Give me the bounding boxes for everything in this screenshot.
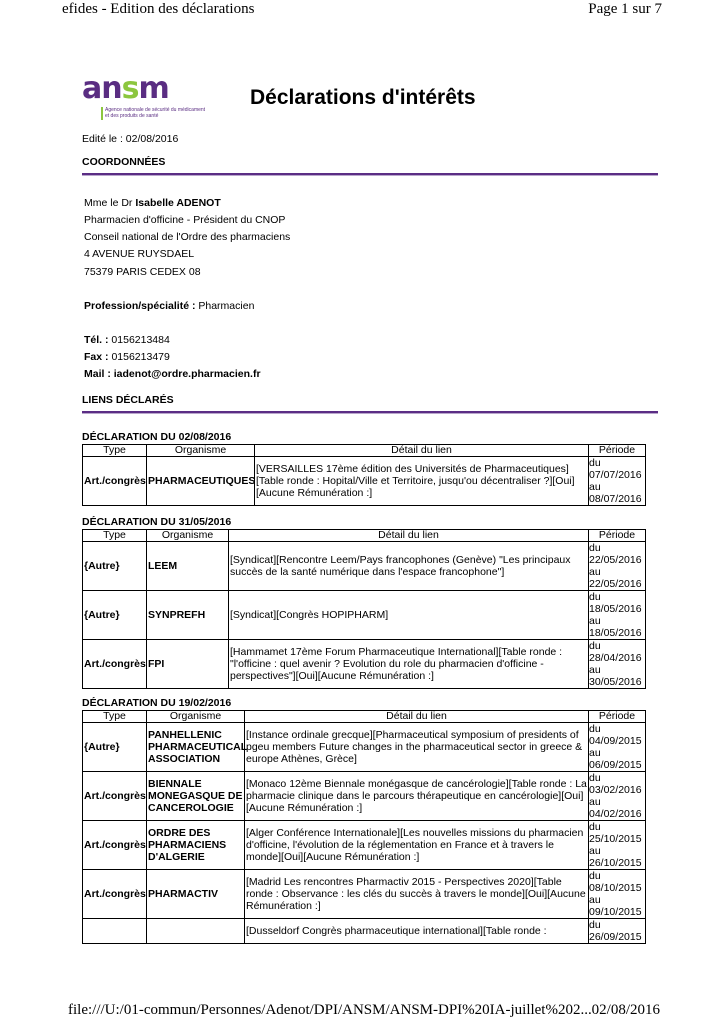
header-detail: Détail du lien <box>229 530 589 542</box>
table-row: Art./congrèsORDRE DES PHARMACIENS D'ALGE… <box>83 821 646 870</box>
cell-detail: [Alger Conférence Internationale][Les no… <box>245 821 589 870</box>
contact-name: Mme le Dr Isabelle ADENOT <box>84 197 221 209</box>
header-detail: Détail du lien <box>255 445 589 457</box>
contact-profession: Profession/spécialité : Pharmacien <box>84 300 254 312</box>
cell-periode: du22/05/2016au22/05/2016 <box>589 542 646 591</box>
cell-periode: du18/05/2016au18/05/2016 <box>589 591 646 640</box>
logo-accent-bar <box>101 107 103 120</box>
contact-role: Pharmacien d'officine - Président du CNO… <box>84 214 285 226</box>
cell-periode: du28/04/2016au30/05/2016 <box>589 640 646 689</box>
cell-organisme: SYNPREFH <box>147 591 229 640</box>
cell-organisme: LEEM <box>147 542 229 591</box>
section-title-liens: LIENS DÉCLARÉS <box>82 394 174 406</box>
cell-detail: [Madrid Les rencontres Pharmactiv 2015 -… <box>245 870 589 919</box>
period-au: au <box>589 796 645 808</box>
cell-type: Art./congrès <box>83 870 147 919</box>
cell-organisme: FPI <box>147 640 229 689</box>
cell-detail: [VERSAILLES 17ème édition des Université… <box>255 457 589 506</box>
cell-periode: du08/10/2015au09/10/2015 <box>589 870 646 919</box>
period-from: 26/09/2015 <box>589 931 645 943</box>
header-organisme: Organisme <box>147 530 229 542</box>
period-to: 26/10/2015 <box>589 857 645 869</box>
period-du: du <box>589 542 645 554</box>
cell-detail: [Dusseldorf Congrès pharmaceutique inter… <box>245 919 589 944</box>
period-from: 22/05/2016 <box>589 554 645 566</box>
ansm-logo: ansm Agence nationale de sécurité du méd… <box>82 80 222 120</box>
print-header-title: efides - Edition des déclarations <box>62 1 254 18</box>
print-header: efides - Edition des déclarations Page 1… <box>0 0 724 24</box>
cell-organisme: BIENNALE MONEGASQUE DE CANCEROLOGIE <box>147 772 245 821</box>
cell-detail: [Hammamet 17ème Forum Pharmaceutique Int… <box>229 640 589 689</box>
contact-mail: Mail : iadenot@ordre.pharmacien.fr <box>84 368 261 380</box>
cell-type: {Autre} <box>83 542 147 591</box>
period-to: 04/02/2016 <box>589 808 645 820</box>
period-au: au <box>589 615 645 627</box>
print-footer-url: file:///U:/01-commun/Personnes/Adenot/DP… <box>68 1002 592 1019</box>
period-au: au <box>589 566 645 578</box>
table-row: {Autre}LEEM[Syndicat][Rencontre Leem/Pay… <box>83 542 646 591</box>
cell-type: Art./congrès <box>83 640 147 689</box>
cell-periode: du26/09/2015 <box>589 919 646 944</box>
header-organisme: Organisme <box>147 445 255 457</box>
contact-address-line2: 75379 PARIS CEDEX 08 <box>84 266 201 278</box>
section-divider <box>82 411 658 414</box>
period-from: 08/10/2015 <box>589 882 645 894</box>
cell-organisme: PHARMACTIV <box>147 870 245 919</box>
contact-address-line1: 4 AVENUE RUYSDAEL <box>84 248 194 260</box>
header-type: Type <box>83 445 147 457</box>
cell-periode: du03/02/2016au04/02/2016 <box>589 772 646 821</box>
cell-detail: [Instance ordinale grecque][Pharmaceutic… <box>245 723 589 772</box>
page-title: Déclarations d'intérêts <box>250 86 476 110</box>
header-type: Type <box>83 711 147 723</box>
period-to: 22/05/2016 <box>589 578 645 590</box>
declaration-table: Type Organisme Détail du lien Période {A… <box>82 710 646 944</box>
table-header-row: Type Organisme Détail du lien Période <box>83 530 646 542</box>
edited-date: Edité le : 02/08/2016 <box>82 133 178 145</box>
header-periode: Période <box>589 445 646 457</box>
period-from: 28/04/2016 <box>589 652 645 664</box>
declaration-title: DÉCLARATION DU 19/02/2016 <box>82 697 231 709</box>
cell-organisme: ORDRE DES PHARMACIENS D'ALGERIE <box>147 821 245 870</box>
header-detail: Détail du lien <box>245 711 589 723</box>
cell-type: {Autre} <box>83 591 147 640</box>
cell-periode: du25/10/2015au26/10/2015 <box>589 821 646 870</box>
table-row: [Dusseldorf Congrès pharmaceutique inter… <box>83 919 646 944</box>
table-row: Art./congrèsBIENNALE MONEGASQUE DE CANCE… <box>83 772 646 821</box>
period-au: au <box>589 894 645 906</box>
cell-detail: [Syndicat][Rencontre Leem/Pays francopho… <box>229 542 589 591</box>
table-header-row: Type Organisme Détail du lien Période <box>83 711 646 723</box>
table-row: Art./congrèsFPI[Hammamet 17ème Forum Pha… <box>83 640 646 689</box>
cell-type: Art./congrès <box>83 821 147 870</box>
cell-organisme <box>147 919 245 944</box>
period-from: 07/07/2016 <box>589 469 645 481</box>
print-footer-date: 02/08/2016 <box>592 1002 660 1019</box>
section-title-coordonnees: COORDONNÉES <box>82 156 165 168</box>
period-du: du <box>589 870 645 882</box>
period-du: du <box>589 821 645 833</box>
period-au: au <box>589 845 645 857</box>
contact-fax: Fax : 0156213479 <box>84 351 170 363</box>
period-from: 04/09/2015 <box>589 735 645 747</box>
table-header-row: Type Organisme Détail du lien Période <box>83 445 646 457</box>
period-du: du <box>589 457 645 469</box>
cell-type: Art./congrès <box>83 457 147 506</box>
table-row: Art./congrèsPHARMACTIV[Madrid Les rencon… <box>83 870 646 919</box>
cell-detail: [Syndicat][Congrès HOPIPHARM] <box>229 591 589 640</box>
cell-detail: [Monaco 12ème Biennale monégasque de can… <box>245 772 589 821</box>
period-to: 06/09/2015 <box>589 759 645 771</box>
period-du: du <box>589 640 645 652</box>
cell-type <box>83 919 147 944</box>
declaration-table: Type Organisme Détail du lien Période Ar… <box>82 444 646 506</box>
period-to: 09/10/2015 <box>589 906 645 918</box>
period-to: 08/07/2016 <box>589 493 645 505</box>
header-organisme: Organisme <box>147 711 245 723</box>
declaration-title: DÉCLARATION DU 02/08/2016 <box>82 431 231 443</box>
cell-organisme: PANHELLENIC PHARMACEUTICAL ASSOCIATION <box>147 723 245 772</box>
period-du: du <box>589 591 645 603</box>
declaration-table: Type Organisme Détail du lien Période {A… <box>82 529 646 689</box>
cell-organisme: PHARMACEUTIQUES <box>147 457 255 506</box>
period-from: 18/05/2016 <box>589 603 645 615</box>
cell-periode: du07/07/2016au08/07/2016 <box>589 457 646 506</box>
declaration-title: DÉCLARATION DU 31/05/2016 <box>82 516 231 528</box>
period-du: du <box>589 772 645 784</box>
logo-tagline: Agence nationale de sécurité du médicame… <box>105 107 225 119</box>
header-periode: Période <box>589 711 646 723</box>
period-to: 18/05/2016 <box>589 627 645 639</box>
cell-periode: du04/09/2015au06/09/2015 <box>589 723 646 772</box>
section-divider <box>82 173 658 176</box>
period-du: du <box>589 723 645 735</box>
ansm-logo-wordmark: ansm <box>82 74 169 104</box>
contact-tel: Tél. : 0156213484 <box>84 334 170 346</box>
period-au: au <box>589 747 645 759</box>
header-periode: Période <box>589 530 646 542</box>
period-from: 25/10/2015 <box>589 833 645 845</box>
period-au: au <box>589 664 645 676</box>
print-header-page: Page 1 sur 7 <box>588 1 662 18</box>
period-from: 03/02/2016 <box>589 784 645 796</box>
period-to: 30/05/2016 <box>589 676 645 688</box>
cell-type: {Autre} <box>83 723 147 772</box>
period-du: du <box>589 919 645 931</box>
contact-organization: Conseil national de l'Ordre des pharmaci… <box>84 231 290 243</box>
print-footer: file:///U:/01-commun/Personnes/Adenot/DP… <box>0 1002 724 1022</box>
header-type: Type <box>83 530 147 542</box>
table-row: {Autre}PANHELLENIC PHARMACEUTICAL ASSOCI… <box>83 723 646 772</box>
cell-type: Art./congrès <box>83 772 147 821</box>
period-au: au <box>589 481 645 493</box>
table-row: Art./congrèsPHARMACEUTIQUES[VERSAILLES 1… <box>83 457 646 506</box>
table-row: {Autre}SYNPREFH[Syndicat][Congrès HOPIPH… <box>83 591 646 640</box>
